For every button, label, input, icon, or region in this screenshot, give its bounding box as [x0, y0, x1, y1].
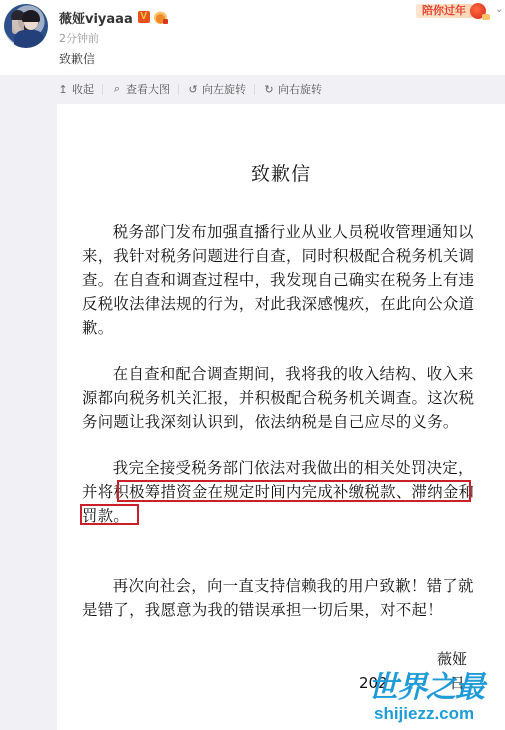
- letter-paragraph: 在自查和配合调查期间，我将我的收入结构、收入来源都向税务机关汇报，并积极配合税务…: [82, 362, 477, 434]
- username-link[interactable]: 薇娅viyaaa: [59, 8, 133, 27]
- rotate-left-icon: ↺: [187, 83, 199, 96]
- search-icon: ⌕: [111, 82, 123, 96]
- highlight-box: [117, 480, 471, 502]
- divider: [102, 84, 103, 95]
- letter-signature: 薇娅: [437, 648, 467, 669]
- watermark-en: shijiezz.com: [374, 704, 498, 724]
- view-large-label: 查看大图: [126, 81, 170, 97]
- image-toolbar: ↥ 收起 ⌕ 查看大图 ↺ 向左旋转 ↻ 向右旋转: [57, 80, 322, 98]
- rotate-left-label: 向左旋转: [202, 81, 246, 97]
- divider: [178, 84, 179, 95]
- collapse-button[interactable]: ↥ 收起: [57, 81, 94, 97]
- post-text: 致歉信: [59, 50, 95, 67]
- view-large-button[interactable]: ⌕ 查看大图: [111, 81, 170, 97]
- promo-label: 陪你过年: [416, 4, 472, 18]
- rotate-right-label: 向右旋转: [278, 81, 322, 97]
- letter-paragraph: 再次向社会，向一直支持信赖我的用户致歉！错了就是错了，我愿意为我的错误承担一切后…: [82, 574, 477, 622]
- verified-badge-icon: V: [138, 11, 150, 23]
- letter-title: 致歉信: [57, 159, 505, 186]
- collapse-icon: ↥: [57, 83, 69, 96]
- letter-image[interactable]: 致歉信 税务部门发布加强直播行业从业人员税收管理通知以来，我针对税务问题进行自查…: [57, 104, 505, 730]
- watermark: 世界之最 shijiezz.com: [368, 672, 498, 727]
- rotate-left-button[interactable]: ↺ 向左旋转: [187, 81, 246, 97]
- vip-crown-icon: [154, 11, 167, 24]
- watermark-cn: 世界之最: [368, 672, 498, 704]
- collapse-label: 收起: [72, 81, 94, 97]
- promo-badge[interactable]: 陪你过年: [416, 3, 486, 19]
- rotate-right-button[interactable]: ↻ 向右旋转: [263, 81, 322, 97]
- lantern-icon: [470, 3, 486, 19]
- divider: [254, 84, 255, 95]
- post-header: 薇娅viyaaa V 2分钟前 致歉信 陪你过年 ⌄: [0, 0, 505, 75]
- letter-paragraph: 税务部门发布加强直播行业从业人员税收管理通知以来，我针对税务问题进行自查，同时积…: [82, 220, 477, 340]
- rotate-right-icon: ↻: [263, 83, 275, 96]
- username-row: 薇娅viyaaa V: [59, 8, 167, 26]
- post-timestamp[interactable]: 2分钟前: [59, 30, 99, 46]
- avatar[interactable]: [4, 4, 48, 48]
- chevron-down-icon[interactable]: ⌄: [495, 4, 503, 15]
- highlight-box: [80, 504, 139, 525]
